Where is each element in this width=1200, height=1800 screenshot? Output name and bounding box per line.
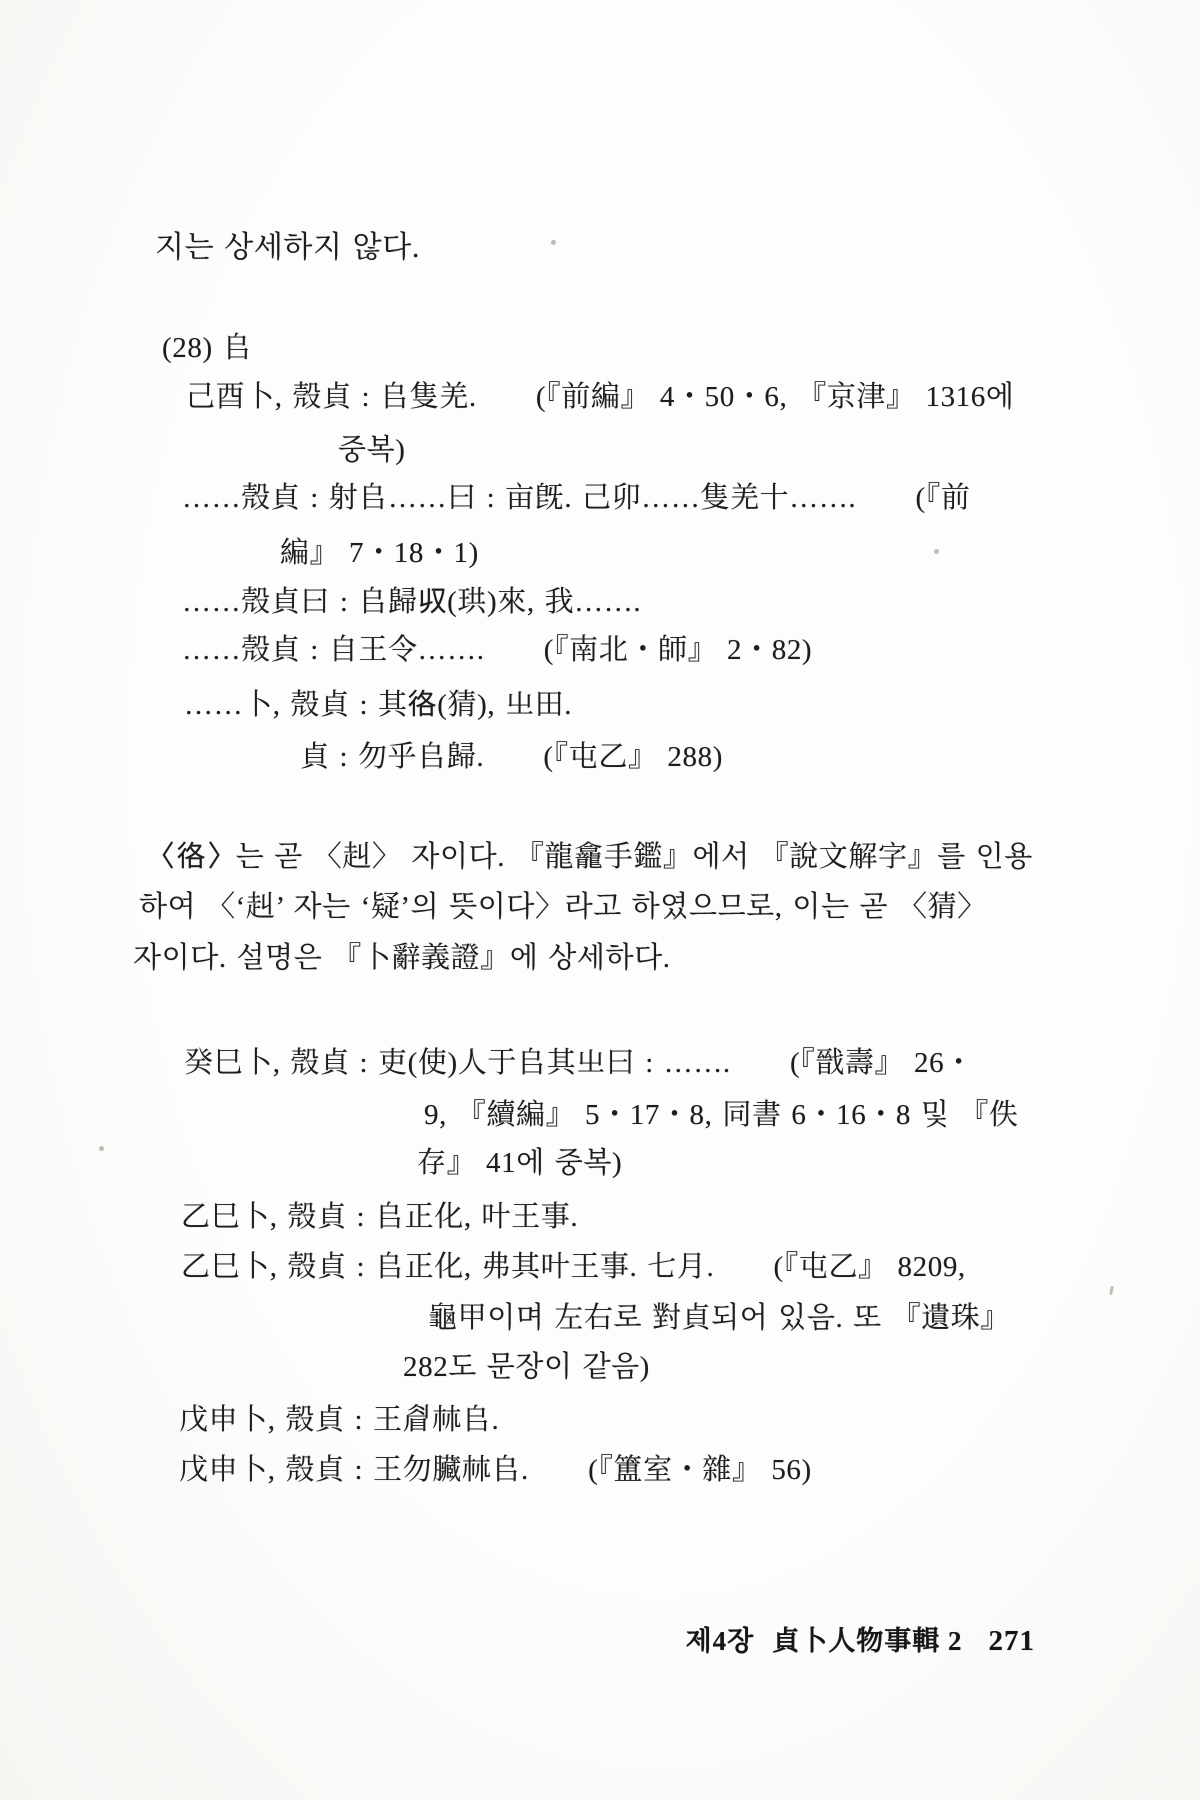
- oracle-line: 戊申卜, 殼貞 : 王睂𣏟𠂤.: [179, 1399, 499, 1441]
- oracle-line: ……殼貞曰 : 𠂤歸𠬞(珙)來, 我…….: [182, 581, 641, 623]
- footer-running-title: 貞卜人物事輯 2: [772, 1626, 962, 1656]
- footer-chapter-label: 제4장: [686, 1626, 755, 1656]
- entry-number-label: (28) 𠂤: [162, 327, 252, 369]
- oracle-line: ……殼貞 : 自王令……. (『南北・師』 2・82): [182, 629, 812, 671]
- commentary-line: 〈𢓜〉는 곧 〈赳〉 자이다. 『龍龕手鑑』에서 『說文解字』를 인용: [147, 836, 1033, 878]
- scan-speck: [551, 240, 556, 245]
- oracle-line: ……卜, 殼貞 : 其𢓜(猜), 㞢田.: [184, 684, 572, 726]
- oracle-line-continuation: 282도 문장이 같음): [403, 1346, 650, 1388]
- scan-speck: [934, 549, 939, 554]
- oracle-line: 癸巳卜, 殼貞 : 吏(使)人于𠂤其㞢曰 : ……. (『戩壽』 26・: [184, 1042, 974, 1084]
- oracle-line: 乙巳卜, 殼貞 : 𠂤正化, 叶王事.: [181, 1196, 578, 1238]
- oracle-line-continuation: 龜甲이며 左右로 對貞되어 있음. 또 『遺珠』: [428, 1297, 1010, 1339]
- oracle-line-continuation: 貞 : 勿乎𠂤歸. (『屯乙』 288): [300, 736, 723, 778]
- oracle-line: ……殼貞 : 射𠂤……曰 : 亩旣. 己卯……隻羌十……. (『前: [182, 477, 970, 519]
- oracle-line-continuation: 編』 7・18・1): [280, 532, 479, 574]
- commentary-line: 하여 〈‘赳’ 자는 ‘疑’의 뜻이다〉라고 하였으므로, 이는 곧 〈猜〉: [139, 886, 987, 928]
- commentary-line: 자이다. 설명은 『卜辭義證』에 상세하다.: [133, 937, 671, 979]
- footer-page-number: 271: [989, 1625, 1036, 1657]
- scan-speck: [99, 1146, 104, 1151]
- oracle-line: 乙巳卜, 殼貞 : 𠂤正化, 弗其叶王事. 七月. (『屯乙』 8209,: [181, 1246, 966, 1288]
- oracle-line-continuation: 중복): [338, 429, 406, 471]
- scan-speck: [1109, 1286, 1114, 1295]
- oracle-line: 己酉卜, 殼貞 : 𠂤隻羌. (『前編』 4・50・6, 『京津』 1316에: [186, 376, 1014, 418]
- scanned-book-page: 지는 상세하지 않다. (28) 𠂤 己酉卜, 殼貞 : 𠂤隻羌. (『前編』 …: [0, 0, 1200, 1800]
- intro-paragraph-line: 지는 상세하지 않다.: [155, 227, 420, 269]
- oracle-line-continuation: 9, 『續編』 5・17・8, 同書 6・16・8 및 『佚: [424, 1094, 1019, 1136]
- oracle-line: 戊申卜, 殼貞 : 王勿臟𣏟𠂤. (『簠室・雜』 56): [179, 1449, 812, 1491]
- running-footer: 제4장貞卜人物事輯 2271: [655, 1588, 1035, 1689]
- oracle-line-continuation: 存』 41에 중복): [417, 1142, 622, 1184]
